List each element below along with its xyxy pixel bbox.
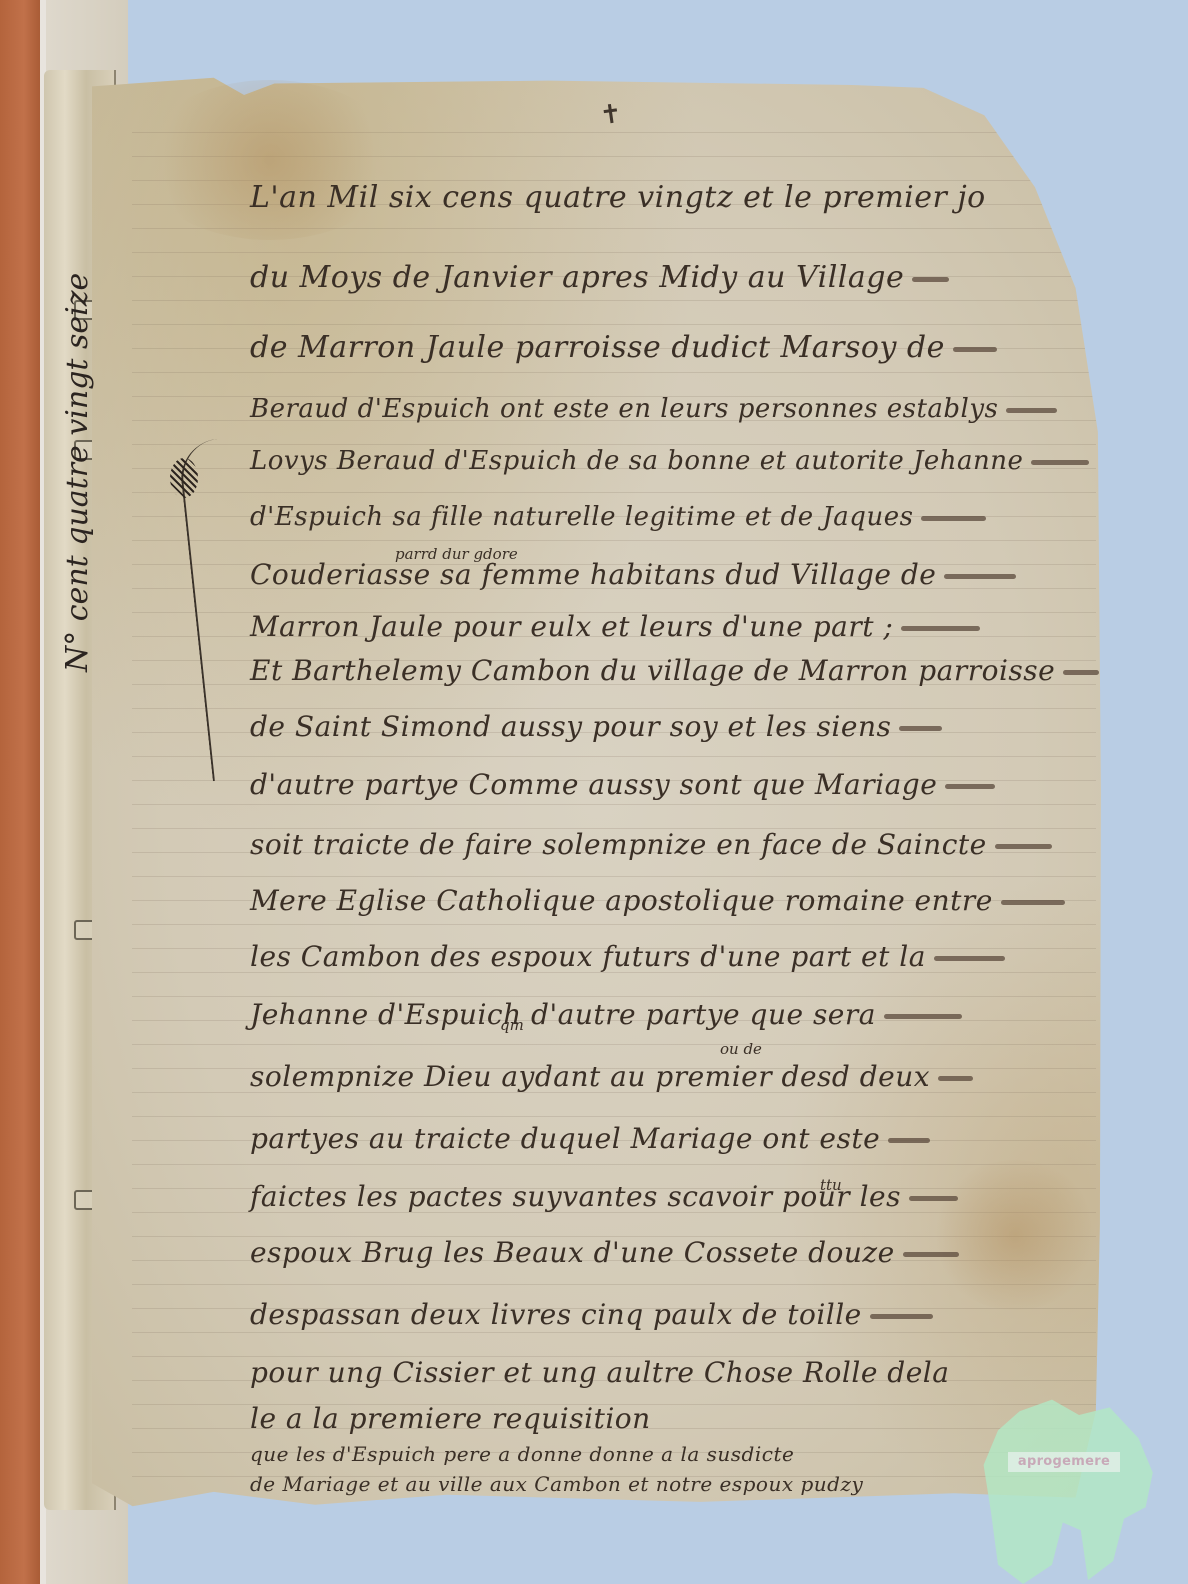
line-filler-stroke [912, 277, 949, 282]
manuscript-line: Lovys Beraud d'Espuich de sa bonne et au… [250, 446, 1089, 476]
manuscript-line: L'an Mil six cens quatre vingtz et le pr… [250, 180, 986, 215]
paper-ruling [132, 1332, 1096, 1333]
manuscript-line-text: d'autre partye Comme aussy sont que Mari… [250, 768, 937, 801]
manuscript-line-text: d'Espuich sa fille naturelle legitime et… [250, 502, 913, 532]
manuscript-line: soit traicte de faire solempnize en face… [250, 828, 1052, 861]
paper-ruling [132, 252, 1096, 253]
line-filler-stroke [901, 626, 980, 631]
manuscript-line-text: Jehanne d'Espuich d'autre partye que ser… [250, 998, 876, 1031]
line-filler-stroke [944, 574, 1016, 579]
line-filler-stroke [953, 347, 997, 352]
manuscript-line-text: de Saint Simond aussy pour soy et les si… [250, 710, 891, 743]
paper-ruling [132, 756, 1096, 757]
manuscript-line: du Moys de Janvier apres Midy au Village [250, 260, 949, 295]
line-filler-stroke [888, 1138, 930, 1143]
watermark-label: aprogemere [1008, 1452, 1120, 1472]
manuscript-line: d'Espuich sa fille naturelle legitime et… [250, 502, 986, 532]
manuscript-line: solempnize Dieu aydant au premier desd d… [250, 1060, 973, 1093]
manuscript-line: le a la premiere requisition [250, 1402, 651, 1435]
line-filler-stroke [1006, 408, 1057, 413]
line-filler-stroke [1001, 900, 1065, 905]
paper-ruling [132, 1164, 1096, 1165]
paper-ruling [132, 372, 1096, 373]
manuscript-line: Beraud d'Espuich ont este en leurs perso… [250, 394, 1057, 424]
manuscript-line-text: despassan deux livres cinq paulx de toil… [250, 1298, 862, 1331]
manuscript-line: faictes les pactes suyvantes scavoir pou… [250, 1180, 958, 1213]
line-filler-stroke [938, 1076, 973, 1081]
line-filler-stroke [1031, 460, 1089, 465]
manuscript-line: de Mariage et au ville aux Cambon et not… [250, 1472, 863, 1496]
line-filler-stroke [884, 1014, 962, 1019]
manuscript-line: que les d'Espuich pere a donne donne a l… [250, 1442, 794, 1466]
manuscript-line-text: les Cambon des espoux futurs d'une part … [250, 940, 926, 973]
manuscript-line-text: faictes les pactes suyvantes scavoir pou… [250, 1180, 901, 1213]
paper-ruling [132, 540, 1096, 541]
manuscript-line-text: Mere Eglise Catholique apostolique romai… [250, 884, 993, 917]
line-filler-stroke [909, 1196, 958, 1201]
manuscript-line: partyes au traicte duquel Mariage ont es… [250, 1122, 930, 1155]
manuscript-line-text: que les d'Espuich pere a donne donne a l… [250, 1442, 794, 1466]
manuscript-line: Jehanne d'Espuich d'autre partye que ser… [250, 998, 962, 1031]
paper-ruling [132, 324, 1096, 325]
margin-note: N° cent quatre vingt seize [60, 192, 95, 672]
folio-cross-mark: ✝ [598, 99, 624, 132]
manuscript-line: despassan deux livres cinq paulx de toil… [250, 1298, 933, 1331]
manuscript-line-text: Marron Jaule pour eulx et leurs d'une pa… [250, 610, 893, 643]
paper-ruling [132, 444, 1096, 445]
manuscript-line: Marron Jaule pour eulx et leurs d'une pa… [250, 610, 980, 643]
manuscript-line-text: Et Barthelemy Cambon du village de Marro… [250, 654, 1055, 687]
manuscript-line-text: Beraud d'Espuich ont este en leurs perso… [250, 394, 998, 424]
manuscript-line-text: espoux Brug les Beaux d'une Cossete douz… [250, 1236, 895, 1269]
manuscript-line: espoux Brug les Beaux d'une Cossete douz… [250, 1236, 959, 1269]
line-filler-stroke [899, 726, 942, 731]
manuscript-line-text: de Mariage et au ville aux Cambon et not… [250, 1472, 863, 1496]
interlinear-insertion: qm [500, 1016, 524, 1034]
interlinear-insertion: parrd dur gdore [395, 545, 518, 563]
manuscript-line: pour ung Cissier et ung aultre Chose Rol… [250, 1356, 949, 1389]
interlinear-insertion: ou de [720, 1040, 762, 1058]
manuscript-line: de Saint Simond aussy pour soy et les si… [250, 710, 942, 743]
manuscript-line-text: L'an Mil six cens quatre vingtz et le pr… [250, 180, 986, 215]
paper-stain [140, 80, 400, 240]
line-filler-stroke [870, 1314, 933, 1319]
interlinear-insertion: ttu [820, 1176, 842, 1194]
manuscript-line-text: pour ung Cissier et ung aultre Chose Rol… [250, 1356, 949, 1389]
paper-ruling [132, 300, 1096, 301]
line-filler-stroke [945, 784, 995, 789]
paper-ruling [132, 876, 1096, 877]
paper-ruling [132, 924, 1096, 925]
manuscript-line: Et Barthelemy Cambon du village de Marro… [250, 654, 1099, 687]
paper-ruling [132, 996, 1096, 997]
line-filler-stroke [934, 956, 1005, 961]
line-filler-stroke [995, 844, 1052, 849]
paper-ruling [132, 804, 1096, 805]
manuscript-line-text: soit traicte de faire solempnize en face… [250, 828, 987, 861]
paper-ruling [132, 1044, 1096, 1045]
manuscript-line-text: partyes au traicte duquel Mariage ont es… [250, 1122, 880, 1155]
manuscript-line-text: le a la premiere requisition [250, 1402, 651, 1435]
line-filler-stroke [903, 1252, 959, 1257]
manuscript-line: d'autre partye Comme aussy sont que Mari… [250, 768, 995, 801]
manuscript-line-text: du Moys de Janvier apres Midy au Village [250, 260, 904, 295]
paper-ruling [132, 1116, 1096, 1117]
line-filler-stroke [1063, 670, 1099, 675]
manuscript-line-text: solempnize Dieu aydant au premier desd d… [250, 1060, 930, 1093]
paraph-signature-icon [170, 458, 198, 498]
line-filler-stroke [921, 516, 986, 521]
manuscript-line-text: de Marron Jaule parroisse dudict Marsoy … [250, 330, 945, 365]
manuscript-line-text: Lovys Beraud d'Espuich de sa bonne et au… [250, 446, 1023, 476]
manuscript-line-text: Couderiasse sa femme habitans dud Villag… [250, 558, 936, 591]
manuscript-line: de Marron Jaule parroisse dudict Marsoy … [250, 330, 997, 365]
book-cover-edge [0, 0, 40, 1584]
manuscript-line: Mere Eglise Catholique apostolique romai… [250, 884, 1065, 917]
manuscript-line: les Cambon des espoux futurs d'une part … [250, 940, 1005, 973]
paper-ruling [132, 708, 1096, 709]
paper-ruling [132, 492, 1096, 493]
manuscript-line: Couderiasse sa femme habitans dud Villag… [250, 558, 1016, 591]
